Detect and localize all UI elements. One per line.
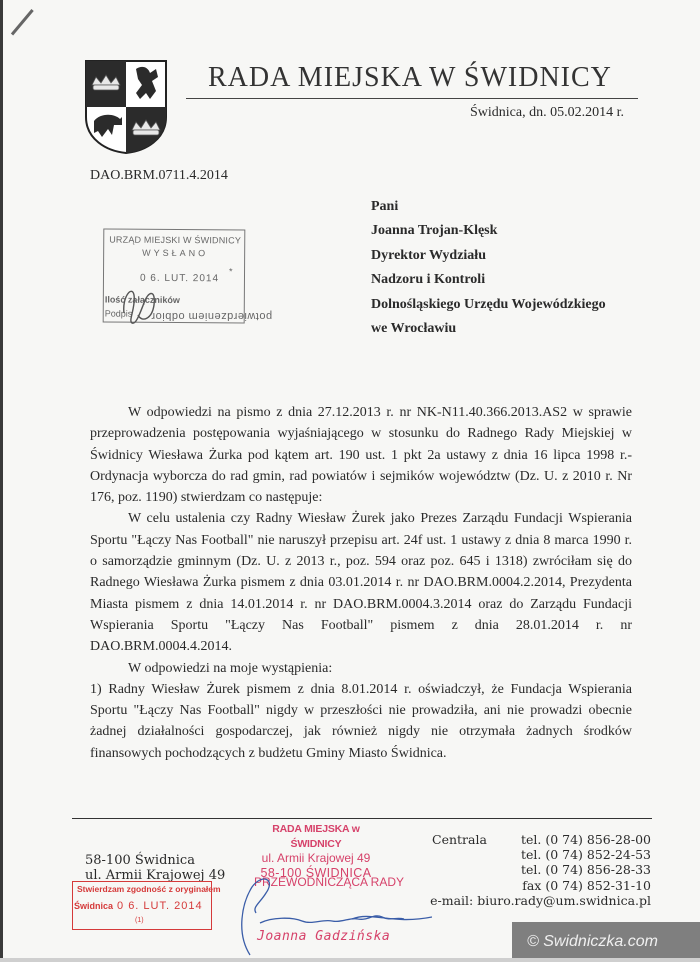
stamp-status: WYSŁANO	[142, 248, 208, 258]
central-label: Centrala	[432, 832, 487, 847]
recipient-line: Joanna Trojan-Klęsk	[371, 219, 606, 243]
pen-mark	[11, 9, 34, 35]
certified-copy-stamp: Stwierdzam zgodność z oryginałem Świdnic…	[72, 881, 212, 930]
contact-fax: fax (0 74) 852-31-10	[406, 878, 651, 893]
cert-stamp-text: Stwierdzam zgodność z oryginałem	[77, 884, 221, 894]
recipient-line: Pani	[371, 195, 606, 219]
footer-contacts: Centrala tel. (0 74) 856-28-00 tel. (0 7…	[406, 832, 651, 908]
footer-address: 58-100 Świdnica ul. Armii Krajowej 49	[85, 853, 225, 883]
council-stamp: RADA MIEJSKA w ŚWIDNICY ul. Armii Krajow…	[246, 822, 386, 880]
header-divider	[186, 98, 638, 99]
letter-body: W odpowiedzi na pismo z dnia 27.12.2013 …	[90, 402, 632, 764]
cert-stamp-number: (1)	[135, 917, 144, 924]
council-stamp-street: ul. Armii Krajowej 49	[246, 851, 386, 866]
page-edge	[0, 0, 3, 962]
body-paragraph: W odpowiedzi na pismo z dnia 27.12.2013 …	[90, 402, 632, 508]
contact-email: e-mail: biuro.rady@um.swidnica.pl	[406, 893, 651, 908]
cert-stamp-date: 0 6. LUT. 2014	[117, 900, 203, 912]
recipient-line: we Wrocławiu	[371, 317, 606, 341]
contact-phone: tel. (0 74) 852-24-53	[406, 847, 651, 862]
footer-address-line: 58-100 Świdnica	[85, 853, 225, 868]
body-paragraph: 1) Radny Wiesław Żurek pismem z dnia 8.0…	[90, 679, 632, 764]
document-date: Świdnica, dn. 05.02.2014 r.	[470, 105, 624, 121]
watermark: © Swidniczka.com	[512, 922, 700, 962]
council-stamp-name: RADA MIEJSKA w ŚWIDNICY	[246, 822, 386, 851]
cert-stamp-place-date: Świdnica0 6. LUT. 2014	[74, 900, 203, 912]
reference-number: DAO.BRM.0711.4.2014	[90, 168, 228, 184]
stamp-confirmation-label: potwierdzeniem odbior	[151, 310, 272, 322]
contact-phone: tel. (0 74) 856-28-33	[406, 862, 651, 877]
page-bottom-shadow	[0, 958, 700, 962]
handwritten-initials	[118, 283, 166, 325]
coat-of-arms-icon	[84, 59, 168, 155]
recipient-line: Nadzoru i Kontroli	[371, 268, 606, 292]
council-title: RADA MIEJSKA W ŚWIDNICY	[208, 62, 612, 94]
recipient-address: Pani Joanna Trojan-Klęsk Dyrektor Wydzia…	[371, 195, 606, 341]
body-paragraph: W odpowiedzi na moje wystąpienia:	[90, 658, 632, 679]
stamp-mark: *	[229, 266, 233, 276]
stamp-office: URZĄD MIEJSKI W ŚWIDNICY	[109, 235, 241, 246]
recipient-line: Dyrektor Wydziału	[371, 244, 606, 268]
body-paragraph: W celu ustalenia czy Radny Wiesław Żurek…	[90, 508, 632, 657]
recipient-line: Dolnośląskiego Urzędu Wojewódzkiego	[371, 293, 606, 317]
footer-divider	[72, 818, 652, 819]
signature	[232, 873, 432, 958]
cert-stamp-city: Świdnica	[74, 901, 113, 911]
